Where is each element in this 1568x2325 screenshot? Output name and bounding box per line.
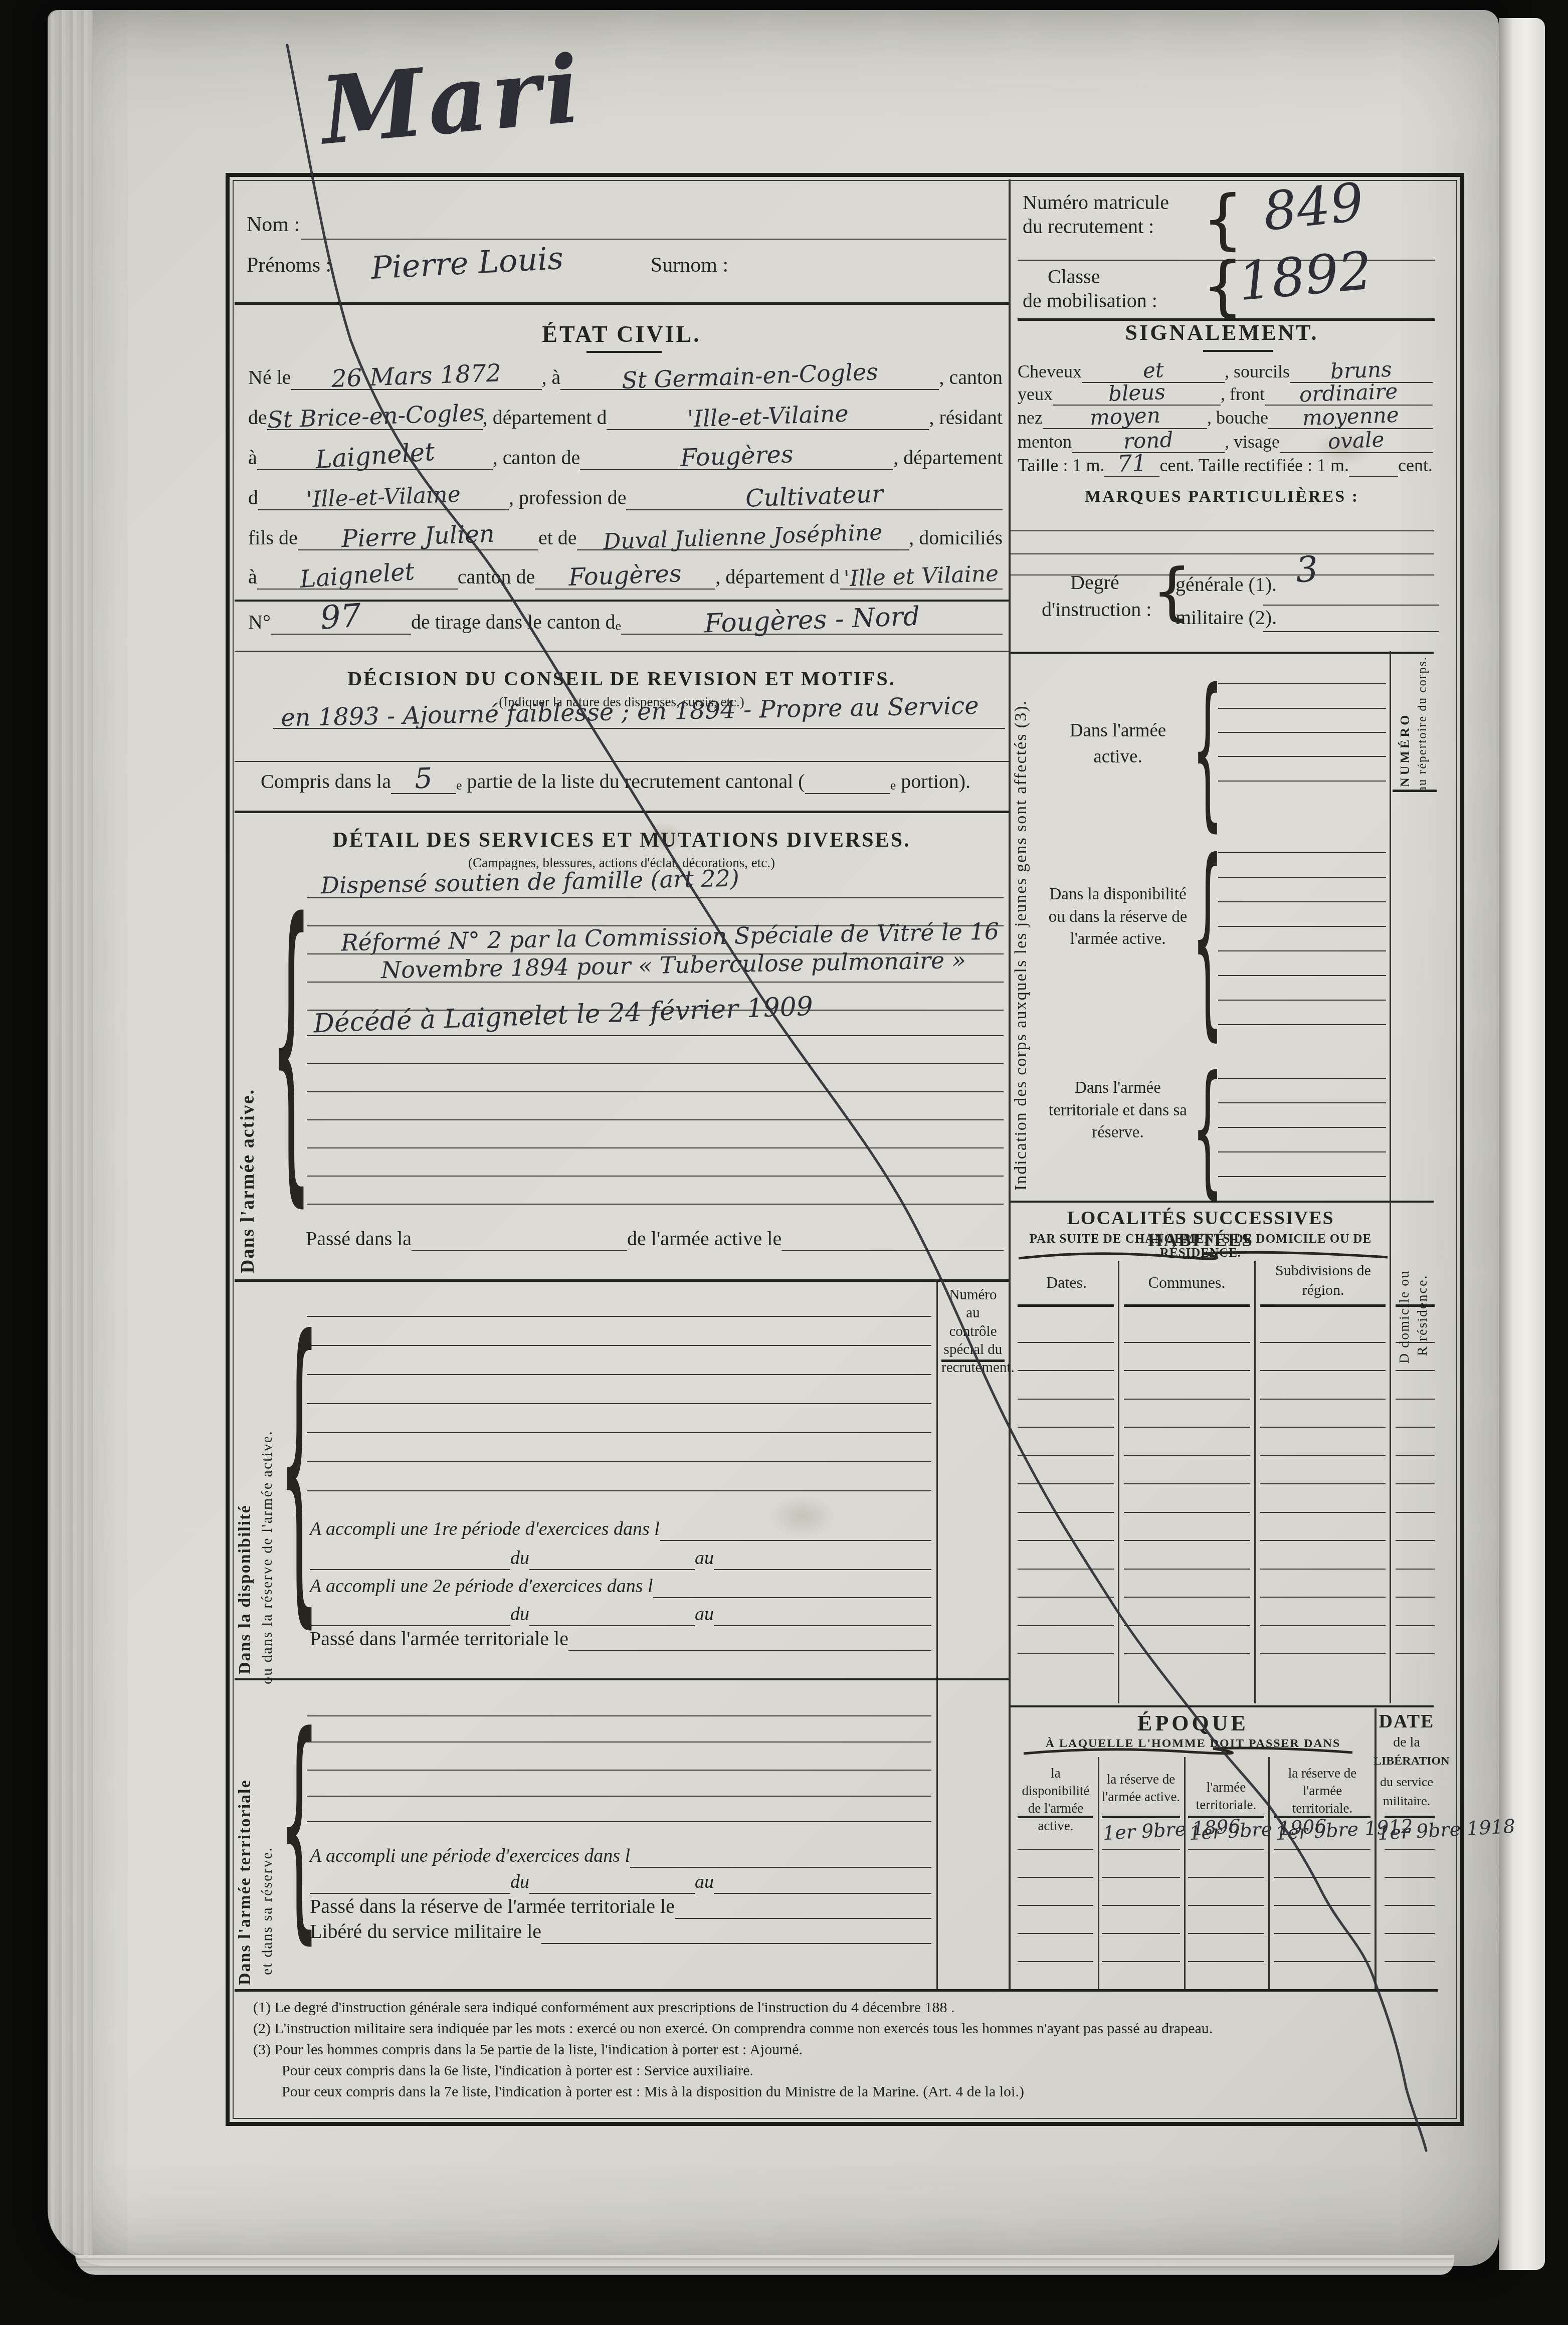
decision-title: DÉCISION DU CONSEIL DE REVISION ET MOTIF…: [235, 667, 1009, 690]
rule: [1260, 1399, 1386, 1400]
nom-label: Nom :: [247, 213, 300, 237]
rule: [1124, 1427, 1250, 1428]
au-label3: au: [695, 1871, 714, 1894]
footnote-2: (2) L'instruction militaire sera indiqué…: [253, 2020, 1451, 2037]
rule: [1263, 605, 1439, 606]
passe-label: Passé dans la: [306, 1227, 412, 1251]
rule: [586, 351, 662, 353]
rule: [1018, 1370, 1114, 1371]
corps-active-brace: {: [1192, 667, 1223, 833]
rule: [1124, 1569, 1250, 1570]
residence-canton-field: Fougères: [580, 442, 893, 470]
prenoms-label: Prénoms :: [247, 253, 331, 277]
rule: [1385, 1849, 1435, 1850]
epoque-col4-header: la réserve de l'armée territoriale.: [1273, 1765, 1371, 1817]
rule: [1218, 781, 1386, 782]
taille-cent-label: cent.: [1398, 455, 1433, 477]
rule: [1124, 1342, 1250, 1343]
rule: [1124, 1455, 1250, 1456]
footnote-5: Pour ceux compris dans la 7e liste, l'in…: [282, 2083, 1435, 2100]
residence-line: à Laignelet , canton de Fougères , dépar…: [248, 442, 1003, 470]
matricule-label-line1: Numéro matricule: [1023, 190, 1169, 214]
libere-label: Libéré du service militaire le: [310, 1919, 541, 1944]
rule: [1018, 1540, 1114, 1541]
rule: [1124, 1304, 1250, 1307]
rule: [1260, 1427, 1386, 1428]
territoriale-dates-line: du au: [310, 1869, 931, 1894]
rule: [307, 1176, 1004, 1177]
sourcils-label: , sourcils: [1225, 361, 1290, 383]
rule: [307, 1403, 931, 1404]
yeux-field: bleus: [1053, 380, 1221, 406]
birth-canton-field: St Brice-en-Cogles: [267, 403, 483, 430]
canton-de2-label: canton de: [458, 565, 535, 590]
next-page-edge: [1499, 18, 1545, 2270]
rule: [1124, 1512, 1250, 1513]
rule: [1018, 1877, 1093, 1878]
profession-label: , profession de: [509, 486, 626, 510]
rule: [1018, 1304, 1114, 1307]
rule: [1385, 1905, 1435, 1906]
compris-sup1: e: [456, 778, 462, 794]
periode1-label: A accompli une 1re période d'exercices d…: [310, 1518, 660, 1541]
tirage-canton-field: Fougères - Nord: [621, 605, 1003, 635]
rule: [1018, 1342, 1114, 1343]
periode2-label: A accompli une 2e période d'exercices da…: [310, 1575, 653, 1598]
rule: [1260, 1653, 1386, 1654]
birth-dept-field: 'Ille-et-Vilaine: [607, 403, 929, 430]
passe-territoriale-field: [568, 1650, 931, 1651]
parents-dept-field: 'Ille et Vilaine: [840, 563, 1003, 590]
rule: [307, 897, 1004, 898]
residence-dept-line: d 'Ille-et-Vilaine , profession de Culti…: [248, 482, 1003, 510]
rule: [1396, 1625, 1435, 1626]
compris-partie-field: 5: [391, 762, 456, 794]
signalement-row-taille: Taille : 1 m. 71 cent. Taille rectifiée …: [1018, 454, 1433, 477]
classe-value-handwriting: 1892: [1236, 240, 1375, 313]
du-label3: du: [510, 1871, 529, 1894]
rule: [1018, 1933, 1093, 1934]
yeux-label: yeux: [1018, 383, 1053, 406]
residant-suffix: , résidant: [929, 406, 1003, 430]
territoriale-periode-label: A accompli une période d'exercices dans …: [310, 1845, 630, 1868]
dept-d-label: , département d: [715, 565, 840, 590]
rule: [1218, 1176, 1386, 1177]
rule: [1018, 1483, 1114, 1484]
father-field: Pierre Julien: [298, 522, 538, 550]
degre-label-1: Degré: [1070, 570, 1119, 594]
visage-field: ovale: [1280, 428, 1433, 453]
localites-col-communes: Communes.: [1123, 1273, 1251, 1292]
d-label: d: [248, 486, 258, 510]
cheveux-label: Cheveux: [1018, 361, 1082, 383]
rule: [1274, 1905, 1370, 1906]
rule: [1274, 1849, 1370, 1850]
classe-label-line2: de mobilisation :: [1023, 289, 1157, 312]
epoque-col3-header: l'armée territoriale.: [1187, 1779, 1265, 1814]
footnote-1: (1) Le degré d'instruction générale sera…: [253, 1999, 1436, 2016]
rule: [307, 1345, 931, 1346]
rule: [1102, 1933, 1180, 1934]
periode1-line: A accompli une 1re période d'exercices d…: [310, 1515, 931, 1541]
rule: [1124, 1540, 1250, 1541]
rule: [1218, 732, 1386, 733]
rule: [1263, 631, 1439, 632]
passe-mid-label: de l'armée active le: [627, 1227, 781, 1251]
rule: [307, 1432, 931, 1433]
rule: [1010, 530, 1434, 531]
rule: [1393, 790, 1437, 792]
passe-reserve-line: Passé dans la réserve de l'armée territo…: [310, 1894, 931, 1919]
rule: [1260, 1483, 1386, 1484]
column-rule: [1118, 1261, 1119, 1703]
periode1-du-field: [529, 1569, 695, 1570]
periode1-dates-line: du au: [310, 1544, 931, 1570]
sourcils-field: bruns: [1290, 358, 1433, 383]
rule: [1018, 1427, 1114, 1428]
rule: [1188, 1933, 1264, 1934]
rule: [1218, 852, 1386, 853]
rule: [235, 1989, 1438, 1992]
epoque-ornament: [1023, 1746, 1353, 1757]
rule: [1396, 1399, 1435, 1400]
generale-label: générale (1).: [1175, 572, 1277, 596]
birth-canton-line: de St Brice-en-Cogles , département d 'I…: [248, 402, 1003, 430]
rule: [1385, 1877, 1435, 1878]
epoque-col2-header: la réserve de l'armée active.: [1101, 1771, 1181, 1806]
birth-date-field: 26 Mars 1872: [291, 362, 542, 390]
libere-field: [541, 1943, 931, 1944]
passe-reserve-label: Passé dans la réserve de l'armée territo…: [310, 1894, 675, 1919]
profession-field: Cultivateur: [626, 482, 1003, 510]
dept-label: , département d: [483, 406, 607, 430]
a3-label: à: [248, 565, 257, 590]
a2-label: à: [248, 446, 257, 470]
rule: [307, 1770, 931, 1771]
territoriale-periode-field: [630, 1867, 931, 1868]
periode2-line: A accompli une 2e période d'exercices da…: [310, 1572, 931, 1598]
localites-col-subdivisions: Subdivisions de région.: [1259, 1261, 1387, 1300]
corps-territoriale-label: Dans l'armée territoriale et dans sa rés…: [1048, 1077, 1188, 1144]
rule: [1396, 1597, 1435, 1598]
rule: [307, 1796, 931, 1797]
book-binding-edge: [48, 10, 93, 2256]
taille-label: Taille : 1 m.: [1018, 455, 1104, 477]
rule: [1188, 1877, 1264, 1878]
rule: [1018, 1455, 1114, 1456]
rule: [307, 1461, 931, 1462]
domicilies-suffix: , domiciliés: [909, 526, 1003, 550]
rule: [1102, 1877, 1180, 1878]
rule: [1218, 975, 1386, 976]
footnote-4: Pour ceux compris dans la 6e liste, l'in…: [282, 2062, 1435, 2079]
scanned-register-page: Nom : Mari Prénoms : Pierre Louis Surnom…: [0, 0, 1568, 2325]
rule: [1102, 1816, 1180, 1818]
controle-special-label: Numéro au contrôle spécial du recrutemen…: [941, 1286, 1005, 1377]
services-brace: {: [271, 882, 311, 1207]
rule: [1218, 877, 1386, 878]
date-liberation-header-1: DATE: [1377, 1710, 1437, 1732]
rule: [1385, 1961, 1435, 1962]
numero-repertoire-label-2: au répertoire du corps.: [1416, 647, 1430, 792]
au-label2: au: [695, 1603, 714, 1626]
rule: [1218, 756, 1386, 757]
rule: [307, 1063, 1004, 1064]
rule: [1218, 1127, 1386, 1128]
rule: [1396, 1370, 1435, 1371]
du-label: du: [510, 1547, 529, 1570]
page-stack-bottom-edge: [75, 2255, 1454, 2275]
column-rule: [1390, 1202, 1391, 1703]
passe-territoriale-line: Passé dans l'armée territoriale le: [310, 1625, 931, 1651]
date-liberation-header-4: du service: [1377, 1775, 1437, 1790]
corps-dispo-label: Dans la disponibilité ou dans la réserve…: [1048, 883, 1188, 950]
passe-territoriale-label: Passé dans l'armée territoriale le: [310, 1627, 568, 1651]
rule: [1260, 1625, 1386, 1626]
du-label2: du: [510, 1603, 529, 1626]
visage-label: , visage: [1225, 431, 1280, 453]
et-de-label: et de: [538, 526, 577, 550]
date-liberation-header-2: de la: [1377, 1734, 1437, 1751]
rule: [1018, 1625, 1114, 1626]
nez-field: moyen: [1043, 404, 1207, 429]
rule: [1218, 950, 1386, 951]
rule: [1260, 1455, 1386, 1456]
matricule-value-handwriting: 849: [1260, 171, 1366, 243]
rule: [1396, 1569, 1435, 1570]
matricule-brace: {: [1202, 186, 1244, 252]
rule: [1396, 1483, 1435, 1484]
rule: [1274, 1961, 1370, 1962]
rule: [1396, 1540, 1435, 1541]
classe-label-line1: Classe: [1048, 265, 1100, 288]
rule: [1018, 1569, 1114, 1570]
bouche-field: moyenne: [1268, 404, 1433, 429]
numero-tirage-label: N°: [248, 610, 271, 635]
passe-armee-active-line: Passé dans la de l'armée active le: [306, 1224, 1004, 1251]
rule: [307, 1091, 1004, 1092]
rule: [307, 1316, 931, 1317]
ne-le-label: Né le: [248, 365, 291, 390]
rule: [1260, 1512, 1386, 1513]
rule: [1124, 1483, 1250, 1484]
domicile-residence-label-1: D domicile ou: [1397, 1213, 1413, 1364]
column-rule: [1009, 179, 1011, 1989]
rule: [1018, 1597, 1114, 1598]
rule: [1218, 1024, 1386, 1025]
rule: [1188, 1849, 1264, 1850]
rule: [1260, 1597, 1386, 1598]
de-label: de: [248, 406, 267, 430]
bouche-label: , bouche: [1207, 407, 1268, 429]
rule: [1274, 1933, 1370, 1934]
matricule-label-line2: du recrutement :: [1023, 215, 1154, 238]
taille-rectifiee-label: cent. Taille rectifiée : 1 m.: [1159, 455, 1349, 477]
compris-sup2: e: [890, 778, 896, 794]
taille-field: 71: [1104, 450, 1159, 477]
periode1-field: [660, 1540, 931, 1541]
rule: [1018, 1653, 1114, 1654]
surnom-label: Surnom :: [651, 253, 728, 277]
rule: [1203, 350, 1273, 352]
periode2-field: [653, 1597, 931, 1598]
compris-portion-field: [805, 793, 890, 794]
rule: [1396, 1512, 1435, 1513]
corps-side-label: Indication des corps auxquels les jeunes…: [1012, 659, 1031, 1191]
periode1-au-field: [714, 1569, 931, 1570]
rule: [1010, 1705, 1434, 1707]
corps-dispo-brace: {: [1192, 833, 1223, 1042]
rule: [1396, 1427, 1435, 1428]
nom-value-handwriting: Mari: [316, 34, 587, 166]
rule: [1396, 1455, 1435, 1456]
territoriale-side-label-2: et dans sa réserve.: [259, 1724, 276, 1975]
front-field: ordinaire: [1265, 380, 1433, 406]
rule: [1260, 1540, 1386, 1541]
epoque-title: ÉPOQUE: [1053, 1710, 1333, 1736]
rule: [1260, 1370, 1386, 1371]
disponibilite-side-label-2: ou dans la réserve de l'armée active.: [259, 1293, 276, 1684]
parents-domicile-line: à Laignelet canton de Fougères , départe…: [248, 561, 1003, 590]
rule: [1218, 1102, 1386, 1103]
column-rule: [1254, 1261, 1256, 1703]
au-label: au: [695, 1547, 714, 1570]
rule: [307, 1821, 931, 1822]
birth-line: Né le 26 Mars 1872 , à St Germain-en-Cog…: [248, 362, 1003, 390]
signalement-row-yeux: yeux bleus , front ordinaire: [1018, 382, 1433, 406]
rule: [1188, 1905, 1264, 1906]
taille-rectifiee-field: [1349, 476, 1398, 477]
column-rule: [1098, 1757, 1099, 1989]
rule: [1260, 1342, 1386, 1343]
rule: [307, 1741, 931, 1742]
rule: [1102, 1961, 1180, 1962]
rule: [1124, 1370, 1250, 1371]
etat-civil-title: ÉTAT CIVIL.: [235, 321, 1009, 347]
libere-line: Libéré du service militaire le: [310, 1919, 931, 1944]
tirage-number-field: 97: [271, 599, 411, 635]
disponibilite-side-label-1: Dans la disponibilité: [236, 1303, 255, 1674]
rule: [1218, 708, 1386, 709]
marques-label: MARQUES PARTICULIÈRES :: [1010, 487, 1434, 506]
rule: [1124, 1597, 1250, 1598]
column-rule: [936, 1279, 938, 1989]
column-rule: [1390, 651, 1391, 1201]
rule: [307, 1715, 931, 1716]
rule: [1385, 1933, 1435, 1934]
rule: [301, 239, 1007, 240]
epoque-col1-header: la disponibilité de l'armée active.: [1016, 1765, 1096, 1835]
domicile-residence-label-2: R résidence.: [1415, 1221, 1431, 1356]
parents-canton-field: Fougères: [535, 561, 715, 590]
rule: [1218, 901, 1386, 902]
rule: [235, 1678, 1010, 1680]
territoriale-periode-line: A accompli une période d'exercices dans …: [310, 1843, 931, 1868]
rule: [1124, 1653, 1250, 1654]
degre-label-2: d'instruction :: [1042, 598, 1151, 621]
rule: [1218, 926, 1386, 927]
column-rule: [1375, 1708, 1377, 1989]
services-side-label: Dans l'armée active.: [237, 892, 259, 1273]
tirage-line: N° 97 de tirage dans le canton d e Fougè…: [248, 606, 1003, 635]
fils-de-label: fils de: [248, 526, 298, 550]
compris-end: portion).: [896, 769, 970, 794]
rule: [1102, 1849, 1180, 1850]
rule: [1124, 1399, 1250, 1400]
signalement-row-nez: nez moyen , bouche moyenne: [1018, 406, 1433, 429]
rule: [307, 1119, 1004, 1120]
rule: [307, 1490, 931, 1491]
militaire-label: militaire (2).: [1175, 606, 1277, 629]
cheveux-field: et: [1082, 358, 1225, 383]
rule: [1260, 1304, 1386, 1307]
localites-ornament: [1018, 1249, 1389, 1261]
birthplace-field: St Germain-en-Cogles: [560, 362, 939, 390]
rule: [235, 651, 1010, 652]
rule: [1218, 1078, 1386, 1079]
residence-dept-field: 'Ille-et-Vilaine: [258, 484, 509, 510]
territoriale-side-label-1: Dans l'armée territoriale: [236, 1714, 255, 1985]
compris-mid: partie de la liste du recrutement canton…: [462, 769, 805, 794]
dept-suffix: , département: [893, 446, 1003, 470]
rule: [1218, 1000, 1386, 1001]
rule: [235, 1279, 1010, 1282]
rule: [1018, 1512, 1114, 1513]
rule: [1018, 1399, 1114, 1400]
rule: [235, 302, 1010, 305]
rule: [1018, 1961, 1093, 1962]
generale-value-handwriting: 3: [1294, 548, 1319, 591]
periode2-dates-line: du au: [310, 1600, 931, 1626]
rule: [1018, 1849, 1093, 1850]
rule: [1396, 1653, 1435, 1654]
rule: [1018, 1905, 1093, 1906]
canton-de-label: , canton de: [493, 446, 580, 470]
rule: [1124, 1625, 1250, 1626]
corps-territoriale-brace: {: [1192, 1057, 1223, 1200]
rule: [307, 1374, 931, 1375]
periode1-unit-field: [310, 1569, 510, 1570]
canton-suffix: , canton: [939, 365, 1003, 390]
front-label: , front: [1221, 383, 1265, 406]
column-rule: [1268, 1757, 1270, 1989]
column-rule: [1184, 1757, 1186, 1989]
rule: [235, 761, 1010, 762]
rule: [1218, 683, 1386, 684]
rule: [307, 1204, 1004, 1205]
footnote-3: (3) Pour les hommes compris dans la 5e p…: [253, 2041, 1436, 2058]
numero-repertoire-label-1: NUMÉRO: [1398, 652, 1413, 787]
rule: [307, 1147, 1004, 1148]
signalement-row-menton: menton rond , visage ovale: [1018, 430, 1433, 453]
a-label: , à: [542, 365, 561, 390]
rule: [235, 811, 1010, 813]
signalement-title: SIGNALEMENT.: [1010, 320, 1434, 345]
localites-col-dates: Dates.: [1018, 1273, 1115, 1292]
rule: [1218, 1151, 1386, 1152]
parents-domicile-field: Laignelet: [257, 561, 458, 590]
passe-date-field: [781, 1250, 1004, 1251]
corps-active-label: Dans l'armée active.: [1048, 718, 1188, 770]
passe-fraction-field: [412, 1250, 627, 1251]
rule: [1260, 1569, 1386, 1570]
menton-label: menton: [1018, 431, 1072, 453]
compris-label: Compris dans la: [261, 769, 391, 794]
rule: [1010, 553, 1434, 554]
tirage-canton-sup: e: [616, 619, 622, 635]
rule: [1274, 1877, 1370, 1878]
tirage-canton-label: de tirage dans le canton d: [411, 610, 616, 635]
